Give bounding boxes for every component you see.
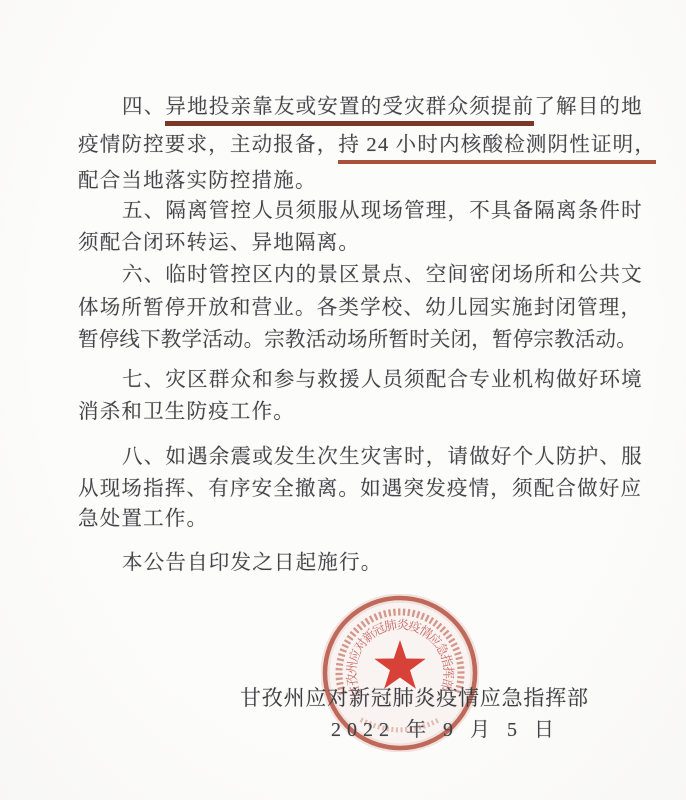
notice-line: 六、临时管控区内的景区景点、空间密闭场所和公共文 [78, 263, 662, 287]
underlined-text: 异地投亲靠友或安置的受灾群众须提前 [165, 96, 534, 126]
notice-line: 疫情防控要求，主动报备，持 24 小时内核酸检测阴性证明， [78, 133, 618, 157]
closing-line: 本公告自印发之日起施行。 [78, 551, 662, 575]
notice-line: 须配合闭环转运、异地隔离。 [78, 231, 618, 255]
text-segment: 六、临时管控区内的景区景点、空间密闭场所和公共文 [122, 264, 643, 286]
text-segment: 七、灾区群众和参与救援人员须配合专业机构做好环境 [122, 369, 643, 391]
text-segment: 须配合闭环转运、异地隔离。 [78, 232, 360, 254]
text-segment: 消杀和卫生防疫工作。 [78, 401, 295, 423]
underlined-text: 持 24 小时内核酸检测阴性证明， [338, 134, 656, 164]
issuer-signature: 甘孜州应对新冠肺炎疫情应急指挥部 [240, 682, 589, 712]
text-segment: 急处置工作。 [78, 508, 208, 530]
text-segment: 本公告自印发之日起施行。 [122, 552, 382, 574]
notice-line: 配合当地落实防控措施。 [78, 169, 618, 193]
text-segment: 疫情防控要求，主动报备， [78, 134, 338, 156]
text-segment: 了解目的地 [534, 96, 643, 118]
text-segment: 五、隔离管控人员须服从现场管理，不具备隔离条件时 [122, 200, 643, 222]
notice-line: 体场所暂停开放和营业。各类学校、幼儿园实施封闭管理， [78, 296, 618, 320]
notice-line: 七、灾区群众和参与救援人员须配合专业机构做好环境 [78, 368, 662, 392]
notice-line: 四、异地投亲靠友或安置的受灾群众须提前了解目的地 [78, 95, 662, 119]
text-segment: 配合当地落实防控措施。 [78, 170, 317, 192]
issue-date: 2022 年 9 月 5 日 [331, 713, 560, 742]
text-segment: 八、如遇余震或发生次生灾害时，请做好个人防护、服 [122, 446, 643, 468]
notice-line: 消杀和卫生防疫工作。 [78, 400, 618, 424]
notice-line: 从现场指挥、有序安全撤离。如遇突发疫情，须配合做好应 [78, 477, 618, 501]
text-segment: 暂停线下教学活动。宗教活动场所暂时关闭，暂停宗教活动。 [78, 329, 637, 351]
notice-photo-page: 四、异地投亲靠友或安置的受灾群众须提前了解目的地 疫情防控要求，主动报备，持 2… [0, 0, 686, 800]
text-segment: 四、 [122, 96, 165, 118]
text-segment: 从现场指挥、有序安全撤离。如遇突发疫情，须配合做好应 [78, 478, 642, 500]
notice-line: 暂停线下教学活动。宗教活动场所暂时关闭，暂停宗教活动。 [78, 328, 618, 352]
text-segment: 体场所暂停开放和营业。各类学校、幼儿园实施封闭管理， [78, 297, 642, 319]
notice-line: 八、如遇余震或发生次生灾害时，请做好个人防护、服 [78, 445, 662, 469]
notice-line: 急处置工作。 [78, 507, 618, 531]
notice-line: 五、隔离管控人员须服从现场管理，不具备隔离条件时 [78, 199, 662, 223]
